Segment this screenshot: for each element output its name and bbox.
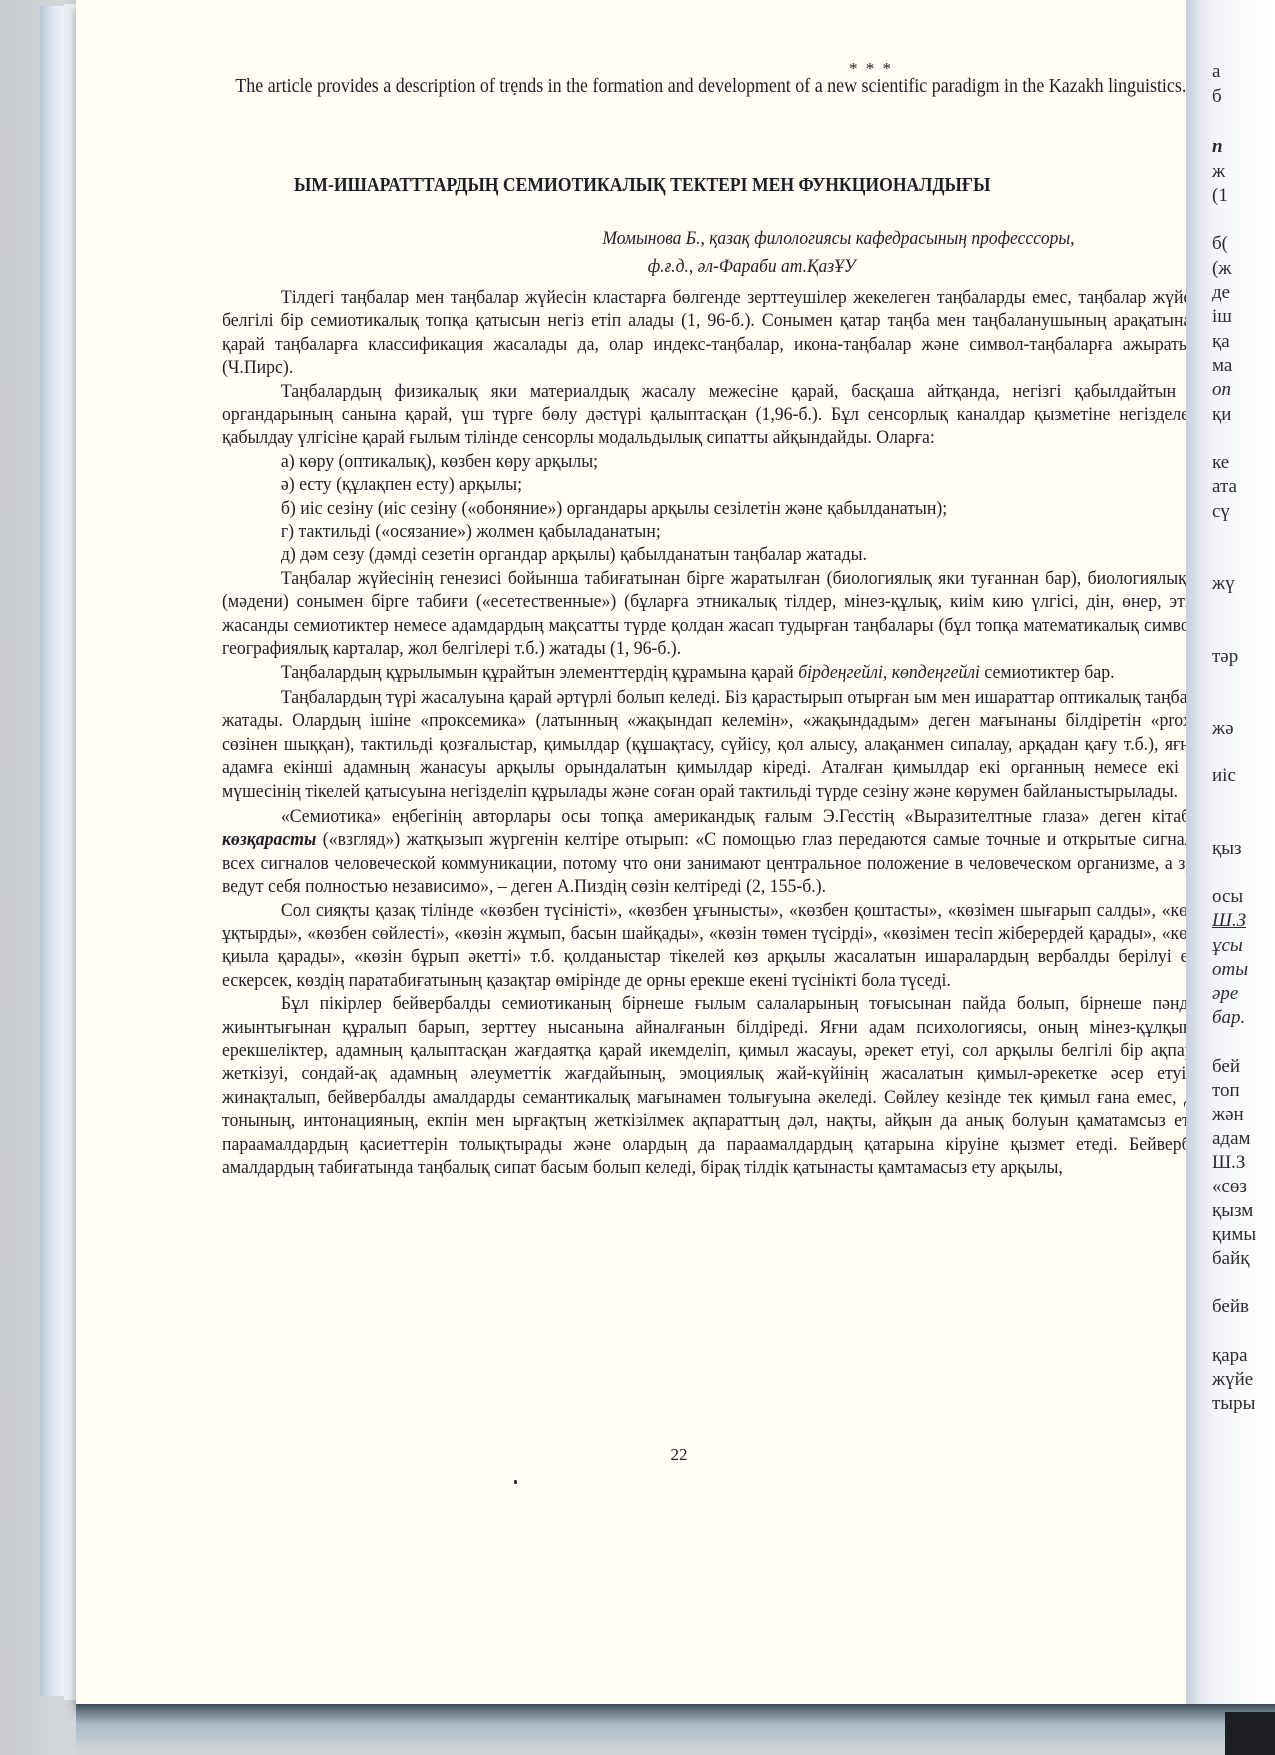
paragraph-sign-classification: Тілдегі таңбалар мен таңбалар жүйесін кл… xyxy=(222,286,1228,380)
next-page-fragment: қимы xyxy=(1212,1224,1256,1246)
scanner-corner xyxy=(1225,1712,1275,1755)
next-page-fragment: байқ xyxy=(1212,1248,1250,1270)
next-page-fragment: Ш.З xyxy=(1212,1152,1245,1174)
english-abstract: The article provides a description of tr… xyxy=(226,73,1196,101)
next-page-fragment: іш xyxy=(1212,306,1232,328)
list-item-hearing: ә) есту (құлақпен есту) арқылы; xyxy=(222,473,1228,496)
next-page-fragment: бей xyxy=(1212,1056,1240,1078)
list-item-smell: б) иіс сезіну (иіс сезіну («обоняние») о… xyxy=(222,497,1228,520)
semiotics-term-gaze: көзқарасты xyxy=(222,829,316,850)
next-page-fragment: оп xyxy=(1212,379,1231,401)
next-page-fragment: ұсы xyxy=(1212,935,1243,957)
next-page-fragment: жү xyxy=(1212,573,1235,595)
next-page-fragment: б( xyxy=(1212,233,1228,255)
structure-text-mid: , xyxy=(883,662,892,683)
next-page-strip: абпж(1б((ждеішқамаопқикеатасүжүтәржәиісқ… xyxy=(1186,0,1275,1712)
document-page: * * * The article provides a description… xyxy=(76,0,1186,1704)
structure-term-single-level: бірдеңгейлі xyxy=(798,662,883,683)
next-page-fragment: ке xyxy=(1212,452,1229,474)
page-number: 22 xyxy=(156,1445,1196,1465)
next-page-fragment: оты xyxy=(1212,959,1248,981)
next-page-fragment: қара xyxy=(1212,1345,1248,1367)
next-page-fragment: әре xyxy=(1212,983,1238,1005)
next-page-fragment: адам xyxy=(1212,1128,1251,1150)
paragraph-nonverbal: Бұл пікірлер бейвербалды семиотиканың бі… xyxy=(222,992,1228,1179)
next-page-fragment: ж xyxy=(1212,161,1225,183)
list-item-taste: д) дәм сезу (дәмді сезетін органдар арқы… xyxy=(222,543,1228,566)
author-degree-university: ф.ғ.д., әл-Фараби ат.ҚазҰУ xyxy=(239,253,1196,281)
author-name-affiliation: Момынова Б., қазақ филологиясы кафедрасы… xyxy=(239,225,1196,253)
structure-term-multi-level: көпдеңгейлі xyxy=(892,662,980,683)
next-page-fragment: қыз xyxy=(1212,838,1242,860)
next-page-fragment: бейв xyxy=(1212,1296,1249,1318)
next-page-fragment: б xyxy=(1212,86,1222,108)
paragraph-sensory-channels: Таңбалардың физикалық яки материалдық жа… xyxy=(222,380,1228,450)
list-item-sight: а) көру (оптикалық), көзбен көру арқылы; xyxy=(222,450,1228,473)
next-page-fragment: бар. xyxy=(1212,1007,1245,1029)
semiotics-text-post: («взгляд») жатқызып жүргенін келтіре оты… xyxy=(222,829,1228,897)
next-page-fragment: ма xyxy=(1212,355,1232,377)
paragraph-genesis: Таңбалар жүйесінің генезисі бойынша таби… xyxy=(222,567,1228,661)
paragraph-kazakh-expressions: Сол сияқты қазақ тілінде «көзбен түсініс… xyxy=(222,899,1228,993)
next-page-fragment: жүйе xyxy=(1212,1369,1253,1391)
next-page-fragment: ата xyxy=(1212,476,1237,498)
next-page-fragment: (ж xyxy=(1212,258,1231,280)
paragraph-sign-kinds: Таңбалардың түрі жасалуына қарай әртүрлі… xyxy=(222,686,1228,803)
list-item-touch: г) тактильді («осязание») жолмен қабылад… xyxy=(222,520,1228,543)
next-page-fragment: «сөз xyxy=(1212,1176,1247,1198)
next-page-fragment: қи xyxy=(1212,404,1231,426)
next-page-fragment: сү xyxy=(1212,501,1230,523)
next-page-fragment: де xyxy=(1212,282,1230,304)
author-block: Момынова Б., қазақ филологиясы кафедрасы… xyxy=(156,225,1196,281)
structure-text-pre: Таңбалардың құрылымын құрайтын элементте… xyxy=(281,662,798,683)
next-page-fragment: жән xyxy=(1212,1104,1244,1126)
next-page-fragment: қызм xyxy=(1212,1200,1253,1222)
next-page-fragment: осы xyxy=(1212,886,1243,908)
next-page-fragment: топ xyxy=(1212,1080,1240,1102)
next-page-fragment: а xyxy=(1212,61,1220,83)
next-page-fragment: жә xyxy=(1212,718,1234,740)
scan-speck xyxy=(514,1480,517,1484)
article-body: Тілдегі таңбалар мен таңбалар жүйесін кл… xyxy=(222,286,1228,1179)
article-title: ЫМ-ИШАРАТТТАРДЫҢ СЕМИОТИКАЛЫҚ ТЕКТЕРІ МЕ… xyxy=(294,174,990,197)
next-page-fragment: Ш.З xyxy=(1212,910,1246,932)
next-page-fragment: тәр xyxy=(1212,646,1238,668)
next-page-fragment: (1 xyxy=(1212,185,1228,207)
next-page-fragment: қа xyxy=(1212,331,1230,353)
semiotics-text-pre: «Семиотика» еңбегінің авторлары осы топқ… xyxy=(281,806,1229,827)
structure-text-post: семиотиктер бар. xyxy=(980,662,1115,683)
paragraph-structure: Таңбалардың құрылымын құрайтын элементте… xyxy=(222,661,1228,684)
next-page-fragment: п xyxy=(1212,136,1223,158)
next-page-fragment: иіс xyxy=(1212,765,1236,787)
next-page-fragment: тыры xyxy=(1212,1393,1255,1415)
page-bottom-shadow xyxy=(76,1704,1275,1755)
paragraph-semiotics-quote: «Семиотика» еңбегінің авторлары осы топқ… xyxy=(222,805,1228,899)
